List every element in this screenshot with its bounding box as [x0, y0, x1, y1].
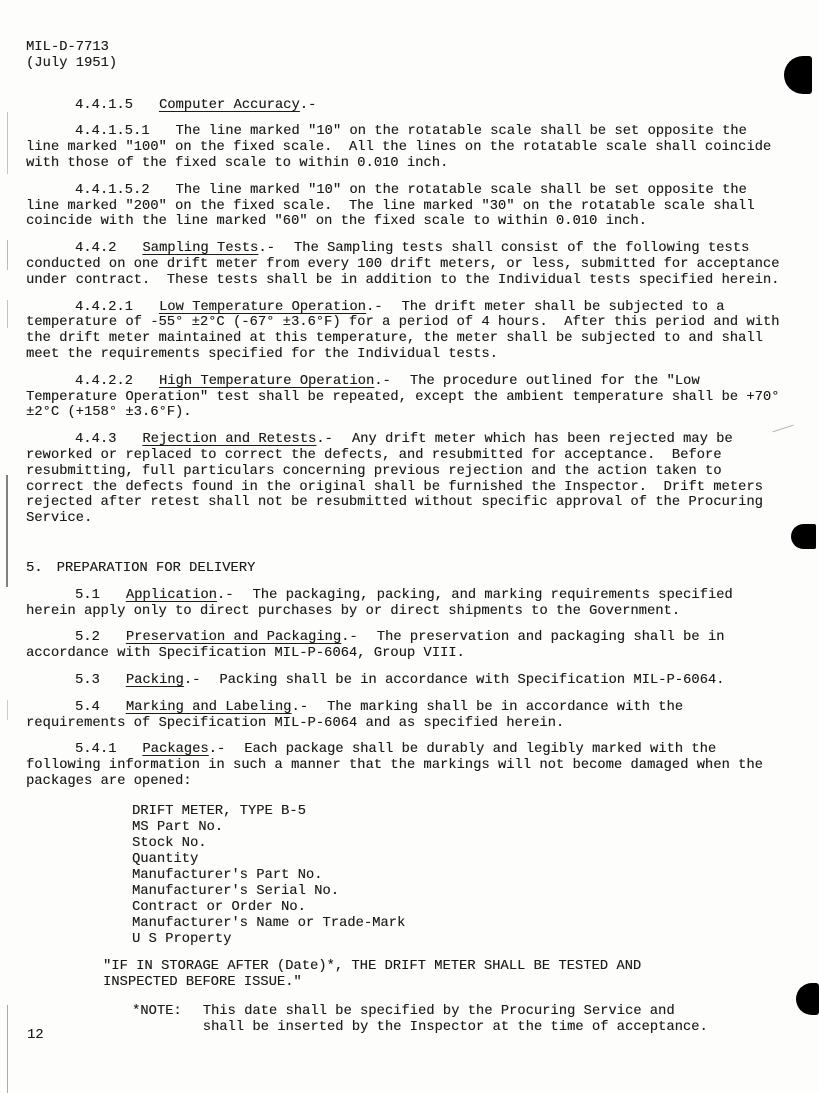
paragraph-5-4-1: 5.4.1Packages.-Each package shall be dur…	[26, 742, 787, 789]
paragraph-number: 4.4.2.2	[75, 374, 133, 389]
paragraph-title-sep: .-	[209, 742, 226, 757]
paragraph-title: Low Temperature Operation	[159, 300, 366, 315]
paragraph-number: 5.1	[75, 588, 100, 603]
paragraph-number: 5.2	[75, 630, 100, 645]
paragraph-text: Any drift meter which has been rejected …	[26, 432, 771, 526]
storage-notice: "IF IN STORAGE AFTER (Date)*, THE DRIFT …	[103, 959, 663, 991]
paragraph-title-sep: .-	[316, 432, 333, 447]
paragraph-number: 5.3	[75, 673, 100, 688]
paragraph-4-4-1-5-2: 4.4.1.5.2The line marked "10" on the rot…	[26, 183, 787, 230]
paragraph-title: Packages	[142, 742, 208, 757]
paragraph-5-1: 5.1Application.-The packaging, packing, …	[26, 588, 787, 620]
paragraph-title-sep: .-	[258, 241, 275, 256]
paragraph-title: Rejection and Retests	[142, 432, 316, 447]
scan-artifact-edge-line	[7, 300, 8, 328]
paragraph-text: Each package shall be durably and legibl…	[26, 742, 771, 789]
paragraph-4-4-3: 4.4.3Rejection and Retests.-Any drift me…	[26, 432, 787, 527]
scan-artifact-edge-line	[7, 1005, 8, 1093]
paragraph-number: 5.4	[75, 700, 100, 715]
document-page: MIL-D-7713(July 1951) 4.4.1.5Computer Ac…	[0, 0, 819, 1093]
scan-artifact-edge-line	[7, 112, 8, 174]
paragraph-text: The drift meter shall be subjected to a …	[26, 300, 788, 362]
paragraph-title: Preservation and Packaging	[126, 630, 341, 645]
paragraph-number: 5.4.1	[75, 742, 116, 757]
scan-artifact-binder-mark-middle	[791, 524, 816, 549]
list-item: Manufacturer's Part No.	[132, 868, 787, 884]
paragraph-title-sep: .-	[291, 700, 308, 715]
section-number: 5.	[26, 561, 43, 576]
list-item: Manufacturer's Serial No.	[132, 884, 787, 900]
list-item: Contract or Order No.	[132, 900, 787, 916]
doc-header: MIL-D-7713(July 1951)	[26, 40, 787, 72]
paragraph-4-4-1-5-1: 4.4.1.5.1The line marked "10" on the rot…	[26, 124, 787, 171]
section-title-sep: .-	[300, 98, 317, 113]
paragraph-text: Packing shall be in accordance with Spec…	[219, 673, 724, 688]
section-title: Computer Accuracy	[159, 98, 300, 113]
paragraph-4-4-2-1: 4.4.2.1Low Temperature Operation.-The dr…	[26, 300, 787, 363]
list-item: Quantity	[132, 852, 787, 868]
paragraph-title-sep: .-	[217, 588, 234, 603]
list-item: Manufacturer's Name or Trade-Mark	[132, 916, 787, 932]
paragraph-5-4: 5.4Marking and Labeling.-The marking sha…	[26, 700, 787, 732]
paragraph-5-3: 5.3Packing.-Packing shall be in accordan…	[26, 673, 787, 689]
section-heading-4-4-1-5: 4.4.1.5Computer Accuracy.-	[26, 98, 787, 114]
paragraph-5-2: 5.2Preservation and Packaging.-The prese…	[26, 630, 787, 662]
paragraph-number: 4.4.2.1	[75, 300, 133, 315]
section-title: PREPARATION FOR DELIVERY	[57, 561, 256, 576]
scan-artifact-edge-line	[6, 475, 8, 587]
paragraph-number: 4.4.1.5.1	[75, 124, 150, 139]
page-number: 12	[27, 1028, 44, 1044]
list-item: Stock No.	[132, 836, 787, 852]
paragraph-title: Sampling Tests	[142, 241, 258, 256]
doc-number: MIL-D-7713	[26, 40, 787, 56]
paragraph-text: The procedure outlined for the "Low Temp…	[26, 374, 788, 421]
paragraph-title: Packing	[126, 673, 184, 688]
paragraph-title: Marking and Labeling	[126, 700, 292, 715]
paragraph-text: The Sampling tests shall consist of the …	[26, 241, 788, 288]
paragraph-title: Application	[126, 588, 217, 603]
scan-artifact-edge-line	[7, 240, 8, 270]
paragraph-number: 4.4.3	[75, 432, 116, 447]
paragraph-4-4-2: 4.4.2Sampling Tests.-The Sampling tests …	[26, 241, 787, 288]
scan-artifact-binder-mark-bottom	[796, 983, 819, 1015]
paragraph-title-sep: .-	[366, 300, 383, 315]
paragraph-title-sep: .-	[184, 673, 201, 688]
paragraph-number: 4.4.2	[75, 241, 116, 256]
paragraph-number: 4.4.1.5.2	[75, 183, 150, 198]
footnote-text: This date shall be specified by the Proc…	[203, 1004, 713, 1036]
section-number: 4.4.1.5	[75, 98, 133, 113]
footnote: *NOTE:This date shall be specified by th…	[132, 1004, 787, 1036]
list-item: DRIFT METER, TYPE B-5	[132, 804, 787, 820]
list-item: U S Property	[132, 932, 787, 948]
doc-date: (July 1951)	[26, 56, 787, 72]
scan-artifact-binder-mark-top	[784, 56, 812, 94]
footnote-label: *NOTE:	[132, 1004, 182, 1036]
section-heading-5: 5.PREPARATION FOR DELIVERY	[26, 561, 787, 577]
paragraph-title-sep: .-	[341, 630, 358, 645]
package-marking-list: DRIFT METER, TYPE B-5 MS Part No. Stock …	[132, 804, 787, 949]
paragraph-4-4-2-2: 4.4.2.2High Temperature Operation.-The p…	[26, 374, 787, 421]
paragraph-title: High Temperature Operation	[159, 374, 374, 389]
list-item: MS Part No.	[132, 820, 787, 836]
paragraph-title-sep: .-	[374, 374, 391, 389]
scan-artifact-edge-line	[7, 700, 8, 720]
